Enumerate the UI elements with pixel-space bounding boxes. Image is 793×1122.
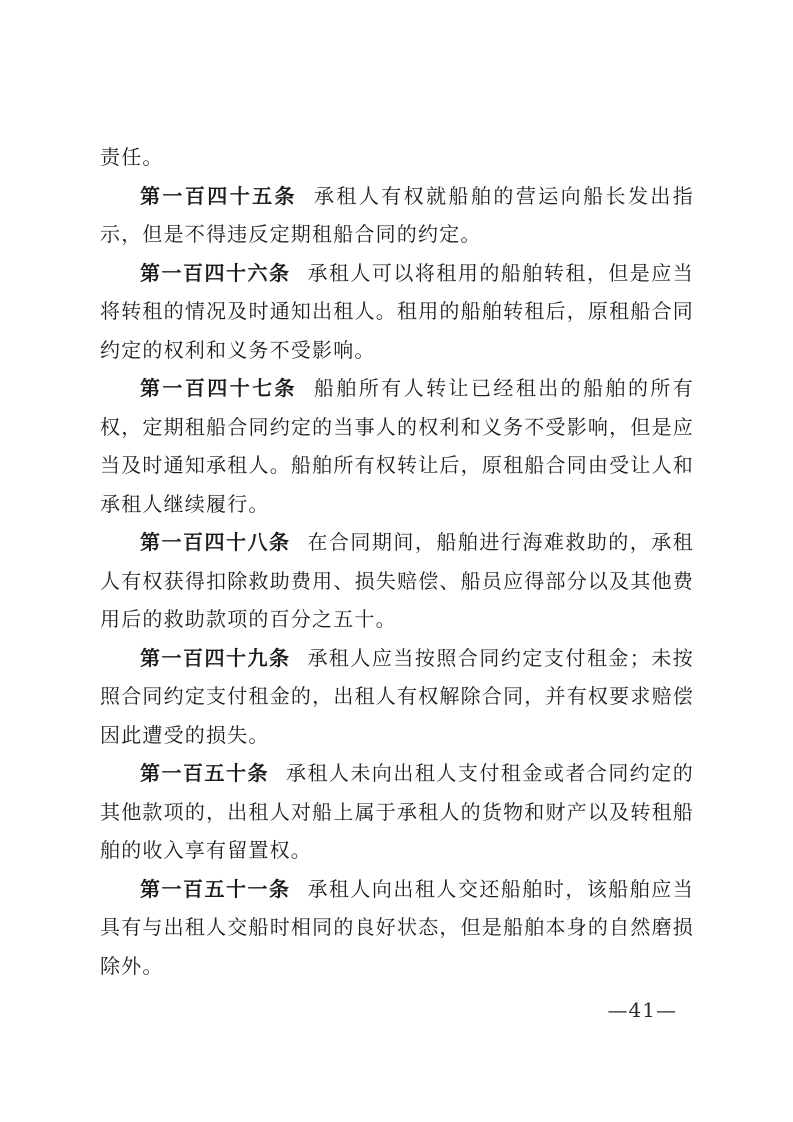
- article-paragraph-150: 第一百五十条承租人未向出租人支付租金或者合同约定的其他款项的，出租人对船上属于承…: [100, 754, 694, 870]
- article-number: 第一百四十八条: [140, 530, 290, 554]
- article-number: 第一百四十五条: [140, 184, 297, 208]
- article-number: 第一百五十条: [140, 761, 269, 785]
- continuation-paragraph: 责任。: [100, 138, 694, 177]
- article-paragraph-147: 第一百四十七条船舶所有人转让已经租出的船舶的所有权，定期租船合同约定的当事人的权…: [100, 369, 694, 523]
- document-page: 责任。 第一百四十五条承租人有权就船舶的营运向船长发出指示，但是不得违反定期租船…: [0, 0, 793, 1122]
- page-number: —41—: [608, 999, 677, 1021]
- article-number: 第一百四十六条: [140, 261, 290, 285]
- article-paragraph-148: 第一百四十八条在合同期间，船舶进行海难救助的，承租人有权获得扣除救助费用、损失赔…: [100, 523, 694, 639]
- article-paragraph-149: 第一百四十九条承租人应当按照合同约定支付租金；未按照合同约定支付租金的，出租人有…: [100, 639, 694, 755]
- article-number: 第一百五十一条: [140, 877, 290, 901]
- paragraph-text: 责任。: [100, 145, 164, 169]
- article-number: 第一百四十七条: [140, 376, 297, 400]
- document-text-block: 责任。 第一百四十五条承租人有权就船舶的营运向船长发出指示，但是不得违反定期租船…: [100, 138, 694, 985]
- article-number: 第一百四十九条: [140, 646, 290, 670]
- article-paragraph-145: 第一百四十五条承租人有权就船舶的营运向船长发出指示，但是不得违反定期租船合同的约…: [100, 177, 694, 254]
- article-paragraph-151: 第一百五十一条承租人向出租人交还船舶时，该船舶应当具有与出租人交船时相同的良好状…: [100, 870, 694, 986]
- article-paragraph-146: 第一百四十六条承租人可以将租用的船舶转租，但是应当将转租的情况及时通知出租人。租…: [100, 254, 694, 370]
